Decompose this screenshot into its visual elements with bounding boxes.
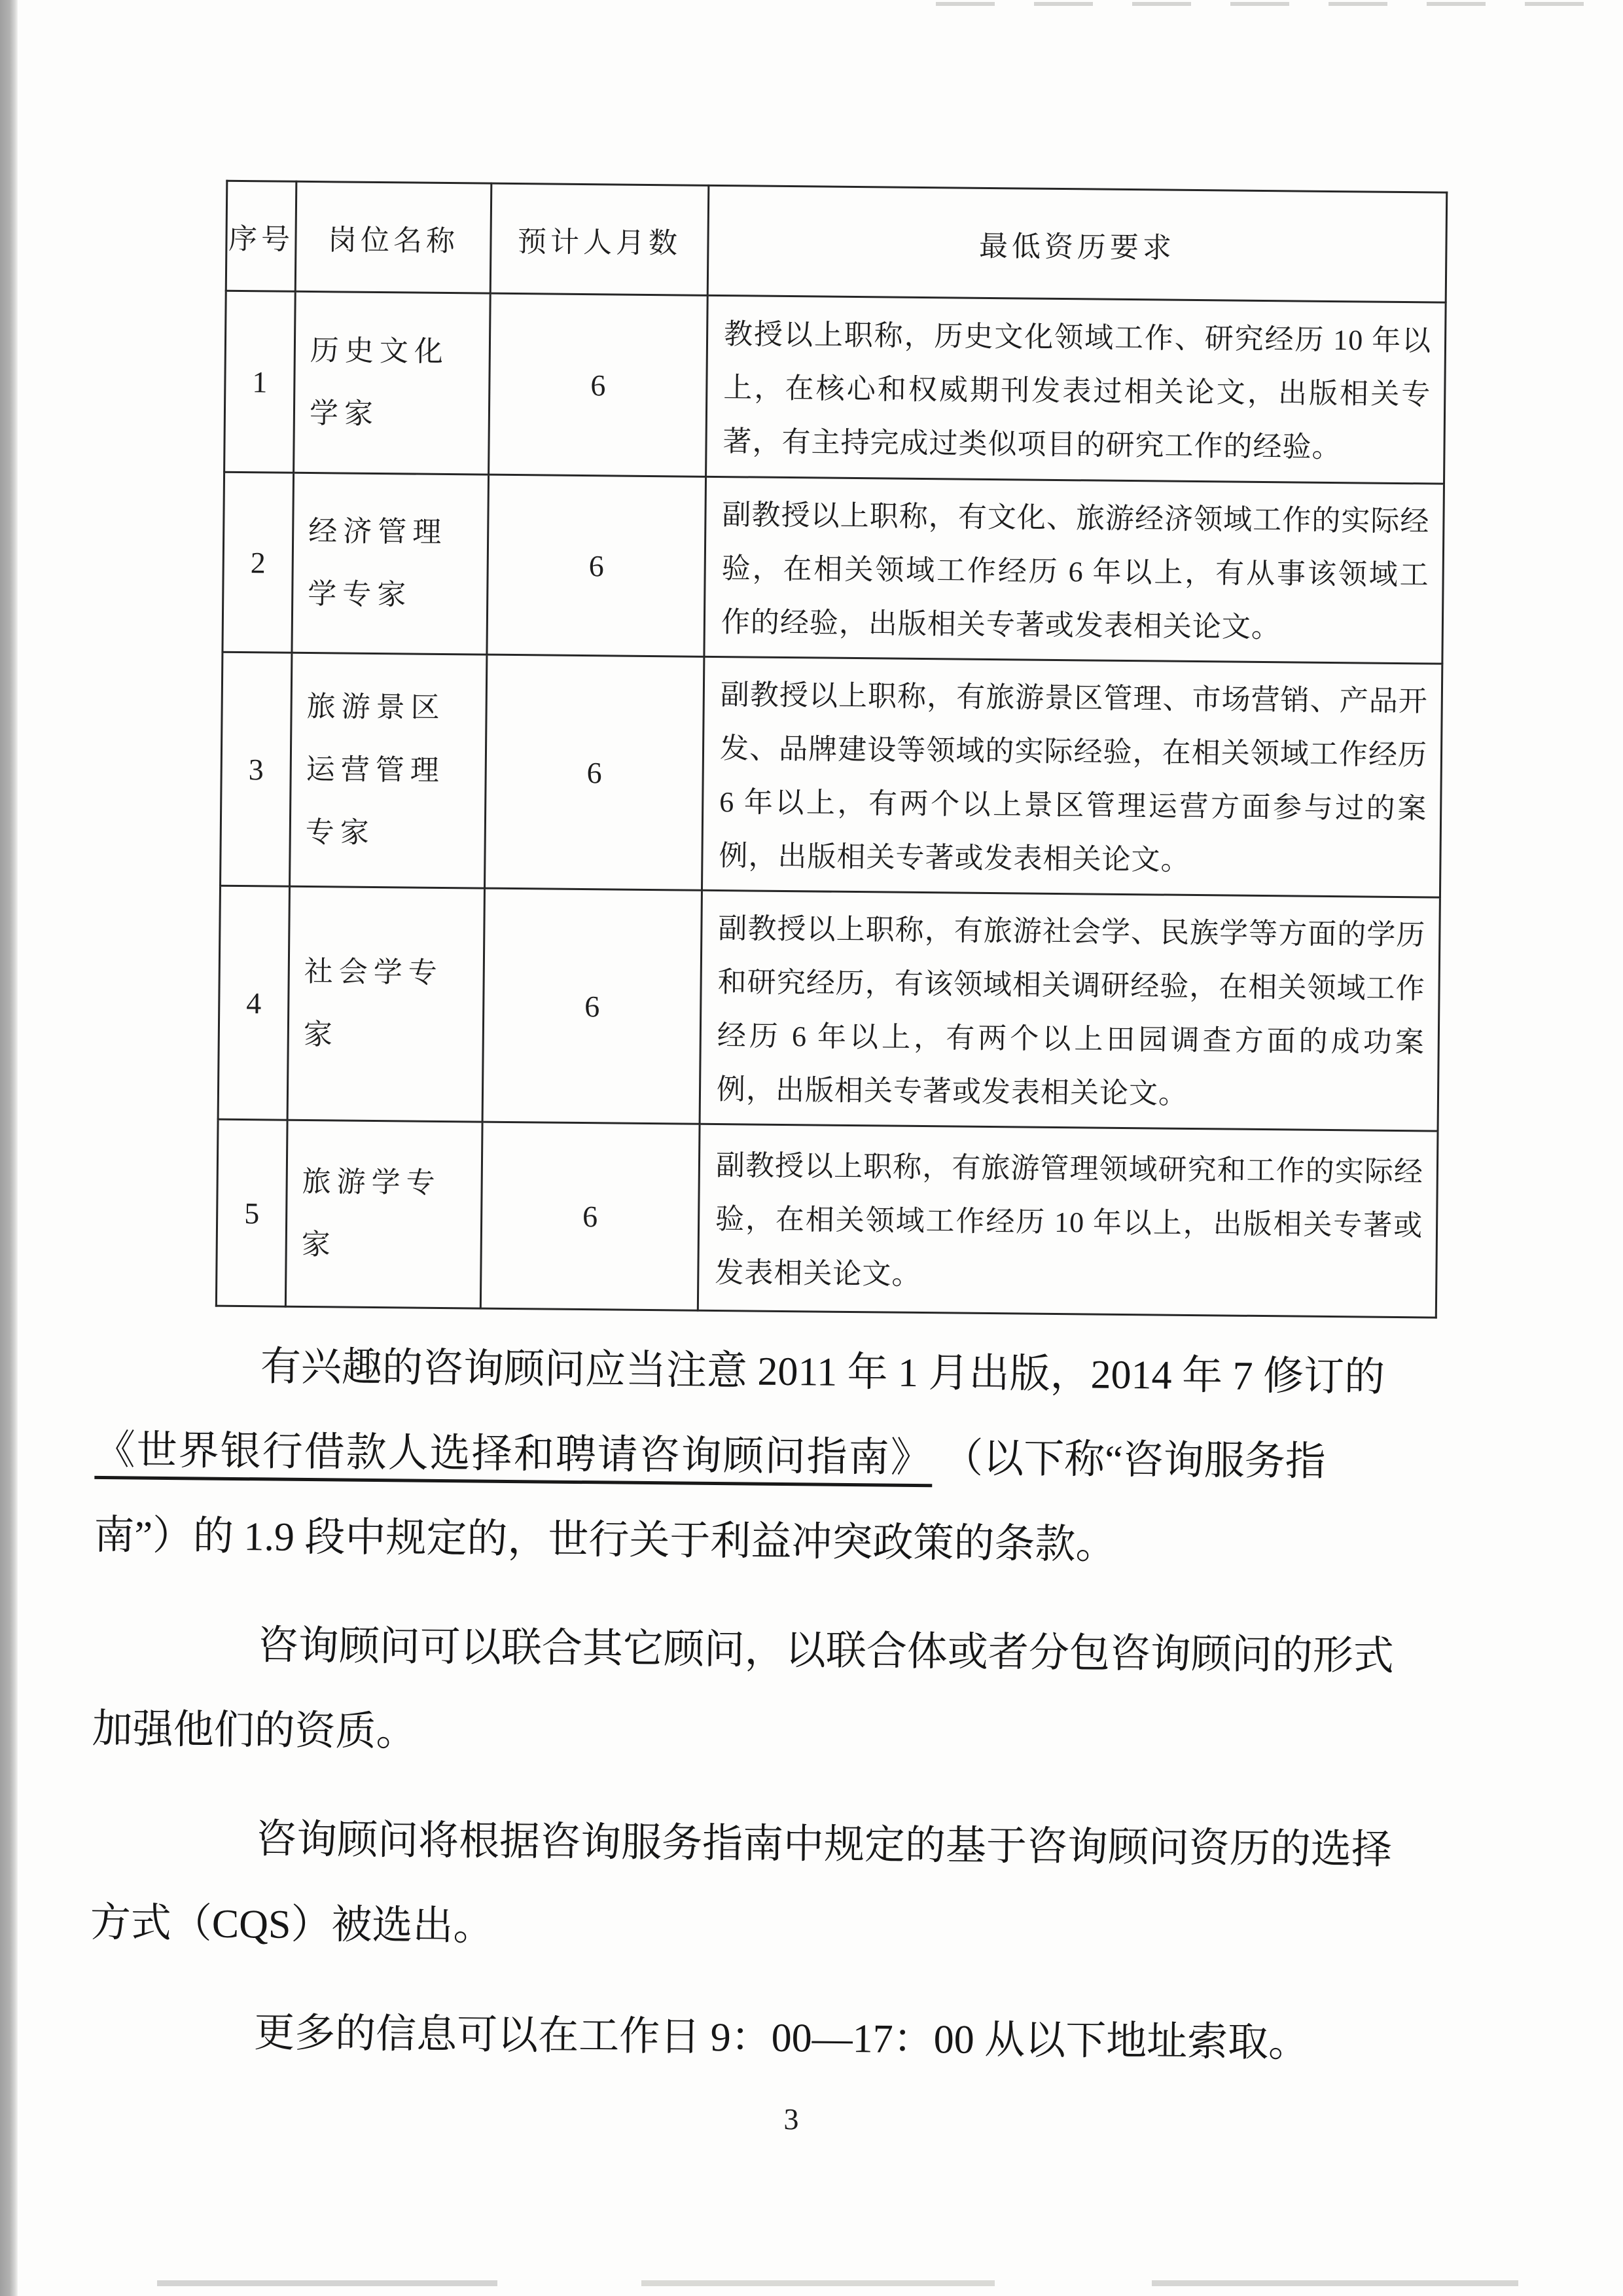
paragraph-line: 南”）的 1.9 段中规定的，世行关于利益冲突政策的条款。 (94, 1493, 1500, 1592)
row-months: 6 (489, 293, 708, 476)
table-row: 3 旅游景区运营管理专家 6 副教授以上职称，有旅游景区管理、市场营销、产品开发… (221, 652, 1442, 897)
table-row: 4 社会学专家 6 副教授以上职称，有旅游社会学、民族学等方面的学历和研究经历，… (218, 886, 1440, 1131)
row-months: 6 (482, 888, 702, 1124)
document-page: 序号 岗位名称 预计人月数 最低资历要求 1 历史文化学家 6 教授以上职称，历… (0, 0, 1623, 2296)
row-requirements: 副教授以上职称，有旅游景区管理、市场营销、产品开发、品牌建设等领域的实际经验，在… (702, 656, 1442, 897)
header-months: 预计人月数 (490, 183, 709, 295)
table-row: 2 经济管理学专家 6 副教授以上职称，有文化、旅游经济领域工作的实际经验，在相… (223, 472, 1444, 664)
paragraph-line: 有兴趣的咨询顾问应当注意 2011 年 1 月出版，2014 年 7 修订的 (95, 1323, 1501, 1422)
row-no: 2 (223, 472, 294, 653)
scan-top-right-artifact (936, 2, 1619, 6)
paragraph-more-info: 更多的信息可以在工作日 9：00—17：00 从以下地址索取。 (89, 1989, 1495, 2088)
row-no: 1 (224, 291, 296, 473)
row-requirements: 副教授以上职称，有旅游社会学、民族学等方面的学历和研究经历，有该领域相关调研经验… (700, 890, 1440, 1131)
body-paragraphs: 有兴趣的咨询顾问应当注意 2011 年 1 月出版，2014 年 7 修订的 《… (88, 1323, 1502, 2142)
row-months: 6 (480, 1122, 700, 1310)
table-row: 5 旅游学专家 6 副教授以上职称，有旅游管理领域研究和工作的实际经验，在相关领… (216, 1119, 1438, 1318)
scan-bottom-artifact (0, 2280, 1623, 2286)
row-no: 4 (218, 886, 289, 1120)
paragraph-line: 咨询顾问将根据咨询服务指南中规定的基于咨询顾问资历的选择 (90, 1795, 1497, 1894)
paragraph-joint-venture: 咨询顾问可以联合其它顾问，以联合体或者分包咨询顾问的形式 加强他们的资质。 (92, 1602, 1499, 1785)
paragraph-text: （以下称“咨询服务指 (932, 1436, 1326, 1484)
paragraph-line: 方式（CQS）被选出。 (90, 1880, 1496, 1979)
row-requirements: 副教授以上职称，有文化、旅游经济领域工作的实际经验，在相关领域工作经历 6 年以… (704, 476, 1444, 664)
row-months: 6 (485, 655, 704, 890)
page-content: 序号 岗位名称 预计人月数 最低资历要求 1 历史文化学家 6 教授以上职称，历… (0, 0, 1623, 2142)
header-requirements: 最低资历要求 (707, 185, 1447, 302)
paragraph-line: 更多的信息可以在工作日 9：00—17：00 从以下地址索取。 (89, 1989, 1495, 2088)
row-position: 经济管理学专家 (292, 473, 489, 655)
paragraph-line: 《世界银行借款人选择和聘请咨询顾问指南》 （以下称“咨询服务指 (94, 1408, 1501, 1507)
row-position: 旅游景区运营管理专家 (290, 653, 487, 888)
row-position: 历史文化学家 (294, 291, 491, 475)
table-header-row: 序号 岗位名称 预计人月数 最低资历要求 (226, 181, 1447, 302)
row-requirements: 副教授以上职称，有旅游管理领域研究和工作的实际经验，在相关领域工作经历 10 年… (698, 1124, 1438, 1318)
row-position: 旅游学专家 (285, 1120, 482, 1308)
row-months: 6 (487, 475, 706, 656)
row-requirements: 教授以上职称，历史文化领域工作、研究经历 10 年以上，在核心和权威期刊发表过相… (706, 295, 1446, 484)
row-no: 5 (216, 1119, 287, 1306)
paragraph-line: 加强他们的资质。 (92, 1687, 1498, 1785)
paragraph-conflict-of-interest: 有兴趣的咨询顾问应当注意 2011 年 1 月出版，2014 年 7 修订的 《… (94, 1323, 1502, 1592)
guidelines-title-underlined: 《世界银行借款人选择和聘请咨询顾问指南》 (94, 1428, 933, 1487)
paragraph-cqs-selection: 咨询顾问将根据咨询服务指南中规定的基于咨询顾问资历的选择 方式（CQS）被选出。 (90, 1795, 1497, 1979)
row-no: 3 (221, 652, 292, 886)
table-row: 1 历史文化学家 6 教授以上职称，历史文化领域工作、研究经历 10 年以上，在… (224, 291, 1446, 484)
paragraph-line: 咨询顾问可以联合其它顾问，以联合体或者分包咨询顾问的形式 (92, 1602, 1499, 1700)
header-no: 序号 (226, 181, 296, 291)
header-position: 岗位名称 (295, 181, 491, 293)
page-number: 3 (88, 2098, 1494, 2142)
row-position: 社会学专家 (287, 886, 484, 1122)
positions-table: 序号 岗位名称 预计人月数 最低资历要求 1 历史文化学家 6 教授以上职称，历… (215, 180, 1448, 1319)
